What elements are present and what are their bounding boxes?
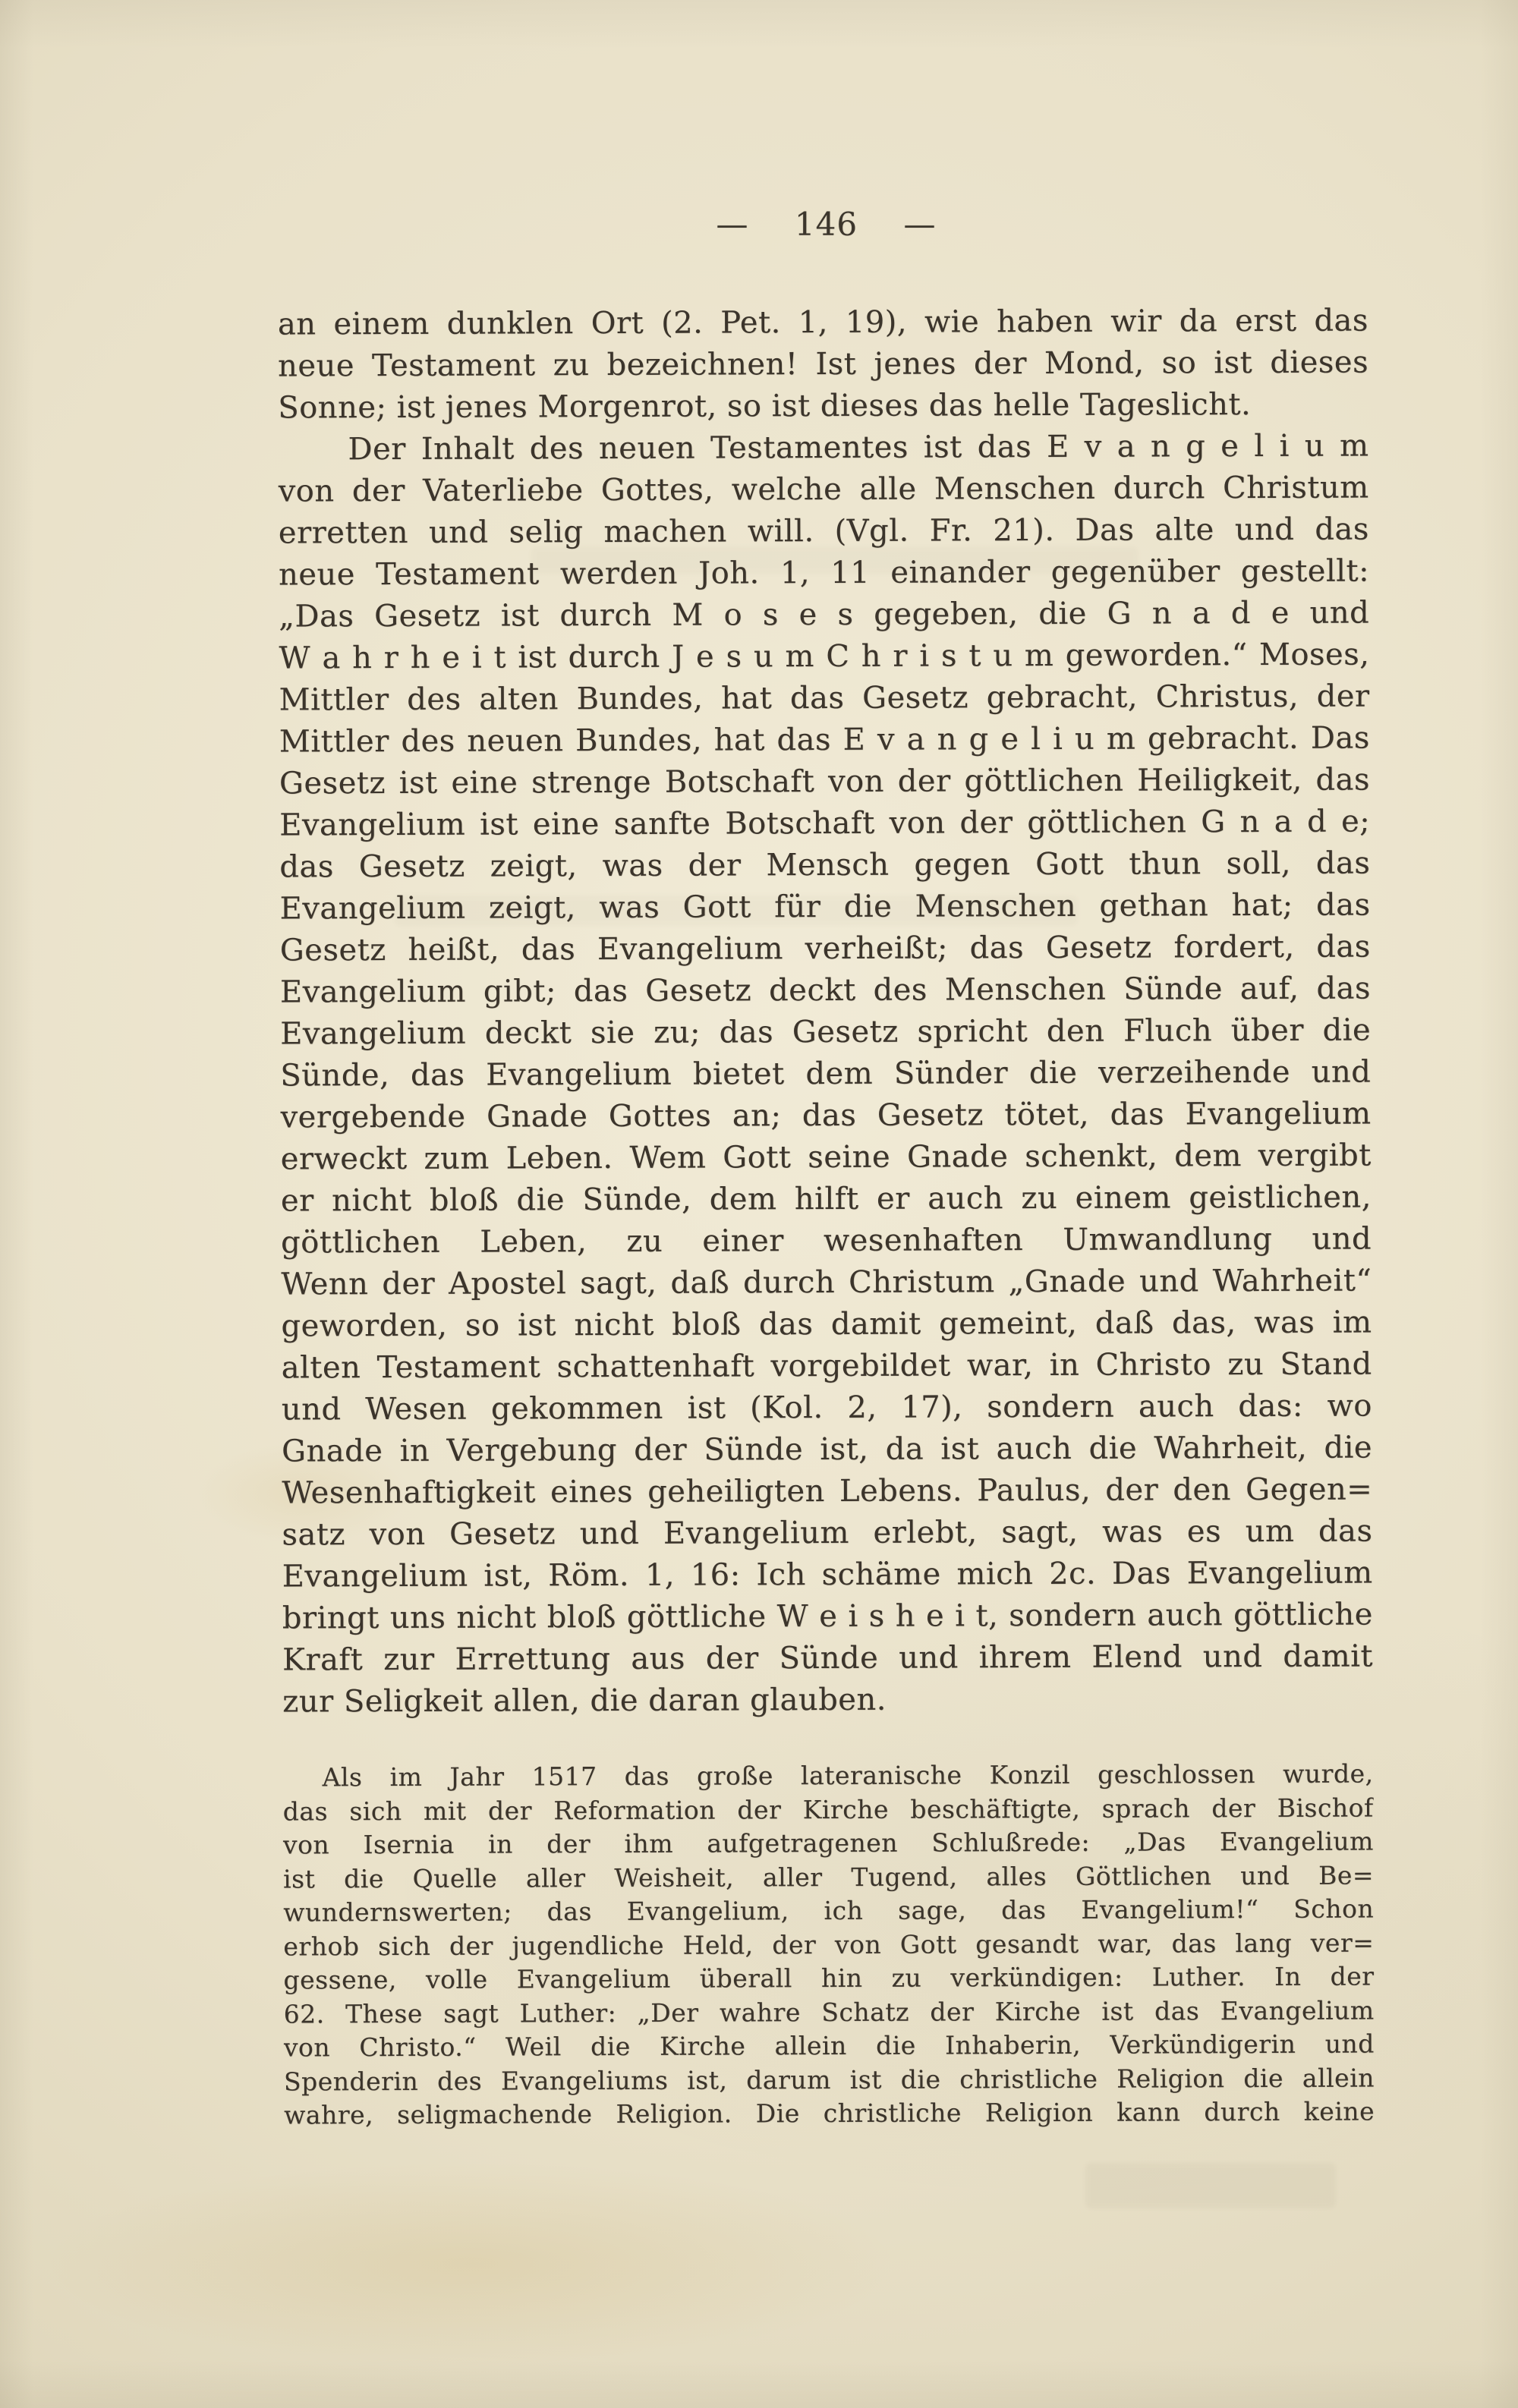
text-line: neue Testament werden Joh. 1, 11 einande…	[279, 550, 1369, 596]
text-line: erhob sich der jugendliche Held, der von…	[283, 1926, 1374, 1964]
page-header: — 146 —	[281, 206, 1372, 243]
text-line: göttlichen Leben, zu einer wesenhaften U…	[281, 1218, 1372, 1264]
text-line: Gesetz heißt, das Evangelium verheißt; d…	[280, 926, 1371, 971]
text-line: wahre, seligmachende Religion. Die chris…	[284, 2095, 1375, 2133]
text-line: neue Testament zu bezeichnen! Ist jenes …	[278, 342, 1368, 387]
text-line: Evangelium zeigt, was Gott für die Mensc…	[279, 884, 1370, 930]
text-block: an einem dunklen Ort (2. Pet. 1, 19), wi…	[278, 300, 1375, 2133]
text-line: Evangelium ist eine sanfte Botschaft von…	[279, 801, 1370, 846]
book-page-scan: — 146 — an einem dunklen Ort (2. Pet. 1,…	[0, 0, 1518, 2408]
text-line: erweckt zum Leben. Wem Gott seine Gnade …	[281, 1135, 1372, 1180]
text-line: Der Inhalt des neuen Testamentes ist das…	[278, 425, 1368, 471]
text-line: gessene, volle Evangelium überall hin zu…	[283, 1959, 1374, 1997]
text-line: „Das Gesetz ist durch M o s e s gegeben,…	[279, 592, 1369, 637]
text-line: ist die Quelle aller Weisheit, aller Tug…	[283, 1859, 1374, 1896]
paragraph-smallprint: Als im Jahr 1517 das große lateranische …	[283, 1757, 1375, 2133]
text-line: Als im Jahr 1517 das große lateranische …	[283, 1757, 1374, 1795]
text-line: von Isernia in der ihm aufgetragenen Sch…	[283, 1824, 1374, 1862]
text-line: Gnade in Vergebung der Sünde ist, da ist…	[282, 1427, 1372, 1472]
text-line: W a h r h e i t ist durch J e s u m C h …	[279, 634, 1369, 679]
text-line: das sich mit der Reformation der Kirche …	[283, 1791, 1374, 1829]
text-line: 62. These sagt Luther: „Der wahre Schatz…	[284, 1994, 1375, 2032]
text-line: Evangelium ist, Röm. 1, 16: Ich schäme m…	[282, 1552, 1373, 1597]
text-line: das Gesetz zeigt, was der Mensch gegen G…	[279, 842, 1370, 888]
text-line: geworden, so ist nicht bloß das damit ge…	[281, 1302, 1372, 1347]
text-line: von der Vaterliebe Gottes, welche alle M…	[279, 467, 1369, 512]
text-line: von Christo.“ Weil die Kirche allein die…	[284, 2027, 1375, 2065]
header-dash-right: —	[903, 206, 936, 243]
text-line: Sünde, das Evangelium bietet dem Sünder …	[280, 1051, 1371, 1097]
ink-bleedthrough	[1085, 2163, 1336, 2208]
text-line: Kraft zur Errettung aus der Sünde und ih…	[282, 1635, 1373, 1681]
text-line: vergebende Gnade Gottes an; das Gesetz t…	[280, 1093, 1371, 1138]
text-line: Sonne; ist jenes Morgenrot, so ist diese…	[278, 383, 1368, 429]
text-line: alten Testament schattenhaft vorgebildet…	[282, 1343, 1372, 1389]
header-dash-left: —	[716, 206, 749, 243]
text-line: Evangelium gibt; das Gesetz deckt des Me…	[280, 968, 1371, 1013]
page-number: 146	[795, 206, 858, 243]
text-line: an einem dunklen Ort (2. Pet. 1, 19), wi…	[278, 300, 1368, 345]
text-line: Mittler des alten Bundes, hat das Gesetz…	[279, 675, 1370, 721]
text-line: Gesetz ist eine strenge Botschaft von de…	[279, 759, 1370, 804]
text-line: erretten und selig machen will. (Vgl. Fr…	[279, 508, 1369, 554]
text-line: zur Seligkeit allen, die daran glauben.	[282, 1677, 1373, 1723]
text-line: Evangelium deckt sie zu; das Gesetz spri…	[280, 1009, 1371, 1055]
paragraph-continuation: an einem dunklen Ort (2. Pet. 1, 19), wi…	[278, 300, 1369, 429]
text-line: Mittler des neuen Bundes, hat das E v a …	[279, 717, 1370, 763]
text-line: er nicht bloß die Sünde, dem hilft er au…	[281, 1176, 1372, 1222]
paragraph-main: Der Inhalt des neuen Testamentes ist das…	[278, 425, 1373, 1723]
text-line: wundernswerten; das Evangelium, ich sage…	[283, 1892, 1374, 1930]
text-line: Wenn der Apostel sagt, daß durch Christu…	[281, 1260, 1372, 1305]
text-line: und Wesen gekommen ist (Kol. 2, 17), son…	[282, 1385, 1372, 1431]
text-line: bringt uns nicht bloß göttliche W e i s …	[282, 1594, 1373, 1639]
text-line: Wesenhaftigkeit eines geheiligten Lebens…	[282, 1468, 1372, 1514]
text-line: satz von Gesetz und Evangelium erlebt, s…	[282, 1510, 1372, 1556]
text-line: Spenderin des Evangeliums ist, darum ist…	[284, 2061, 1375, 2099]
